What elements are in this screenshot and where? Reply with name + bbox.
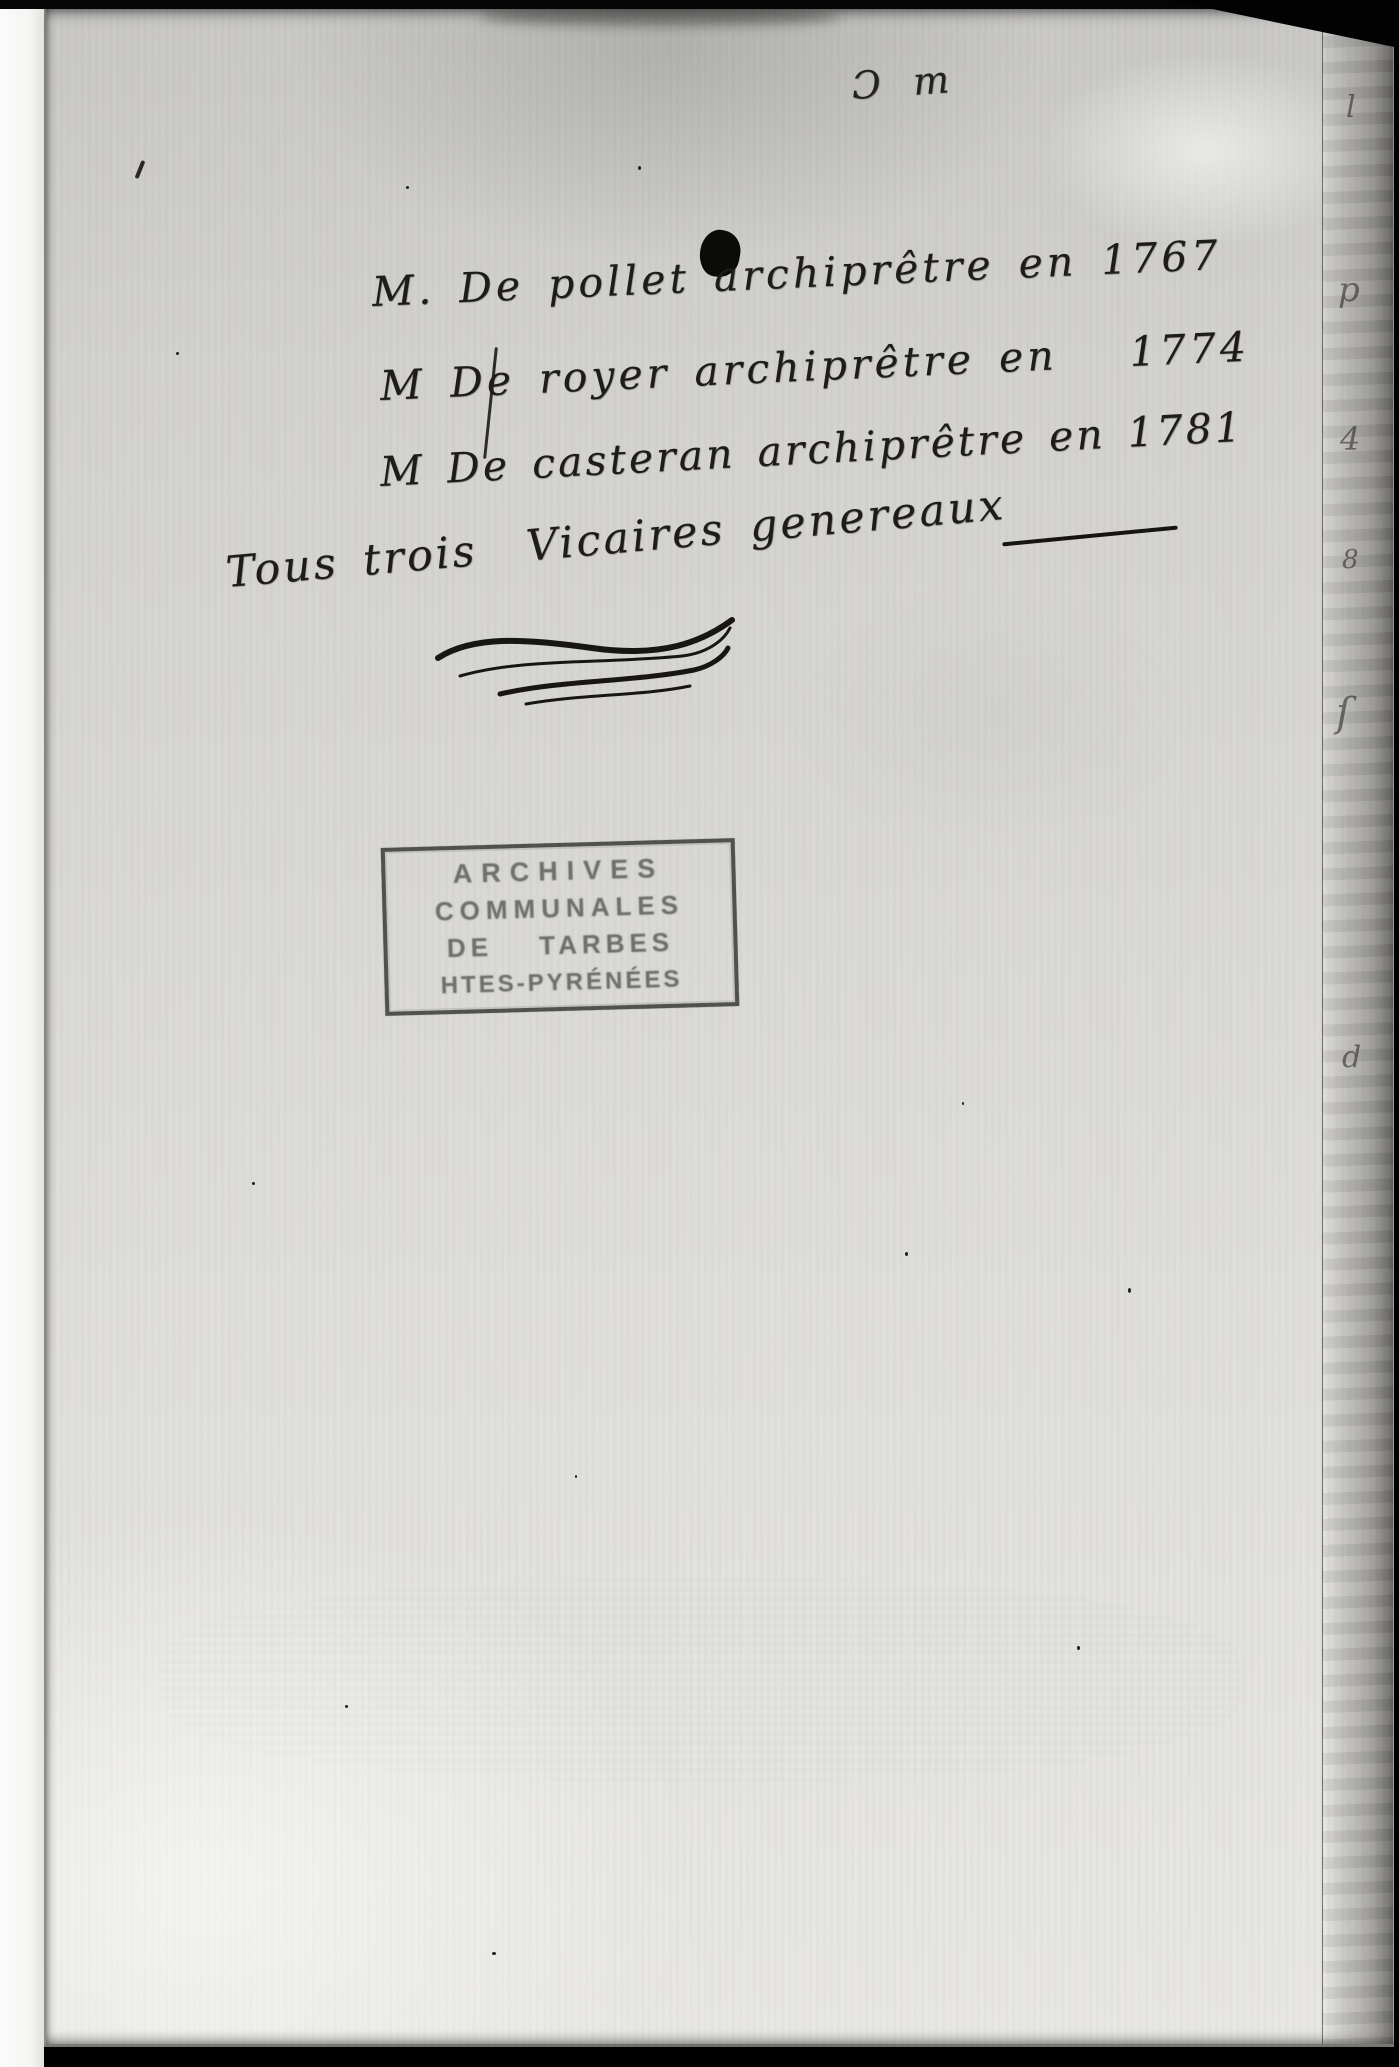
paper-speck: [905, 1252, 908, 1256]
fore-edge-mark: l: [1346, 90, 1356, 125]
paper-speck: [252, 1182, 255, 1185]
folio-mark: Ɔ m: [850, 57, 960, 108]
stamp-line-3: DE TARBES: [446, 924, 674, 967]
scanned-document: l p 4 8 ſ d Ɔ m M. De pollet archiprêtre…: [0, 0, 1399, 2067]
fore-edge-mark: p: [1338, 270, 1360, 310]
paper-speck: [492, 1952, 496, 1955]
paper-speck: [406, 186, 409, 189]
paper-speck: [638, 166, 641, 170]
archive-stamp: ARCHIVES COMMUNALES DE TARBES HTES-PYRÉN…: [381, 838, 740, 1016]
paper-speck: [1077, 1646, 1080, 1650]
fore-edge-mark: 8: [1342, 545, 1359, 575]
calligraphic-flourish: [430, 606, 742, 710]
paper-show-through: [160, 1580, 1240, 1780]
paper-speck: [345, 1705, 348, 1708]
stamp-line-4: HTES-PYRÉNÉES: [440, 961, 683, 1005]
paper-speck: [176, 352, 179, 355]
top-edge-smudge: [480, 6, 840, 26]
paper-speck: [1128, 1288, 1131, 1293]
scanner-top-right-wedge: [1169, 0, 1399, 48]
book-fore-edge: [1322, 10, 1393, 2044]
paper-speck: [962, 1102, 964, 1105]
stamp-line-1: ARCHIVES: [452, 850, 664, 893]
paper-speck: [575, 1475, 577, 1478]
fore-edge-mark: d: [1342, 1040, 1361, 1075]
fore-edge-mark: ſ: [1336, 690, 1351, 736]
scanner-bed-left-strip: [0, 0, 44, 2067]
fore-edge-mark: 4: [1340, 420, 1360, 458]
